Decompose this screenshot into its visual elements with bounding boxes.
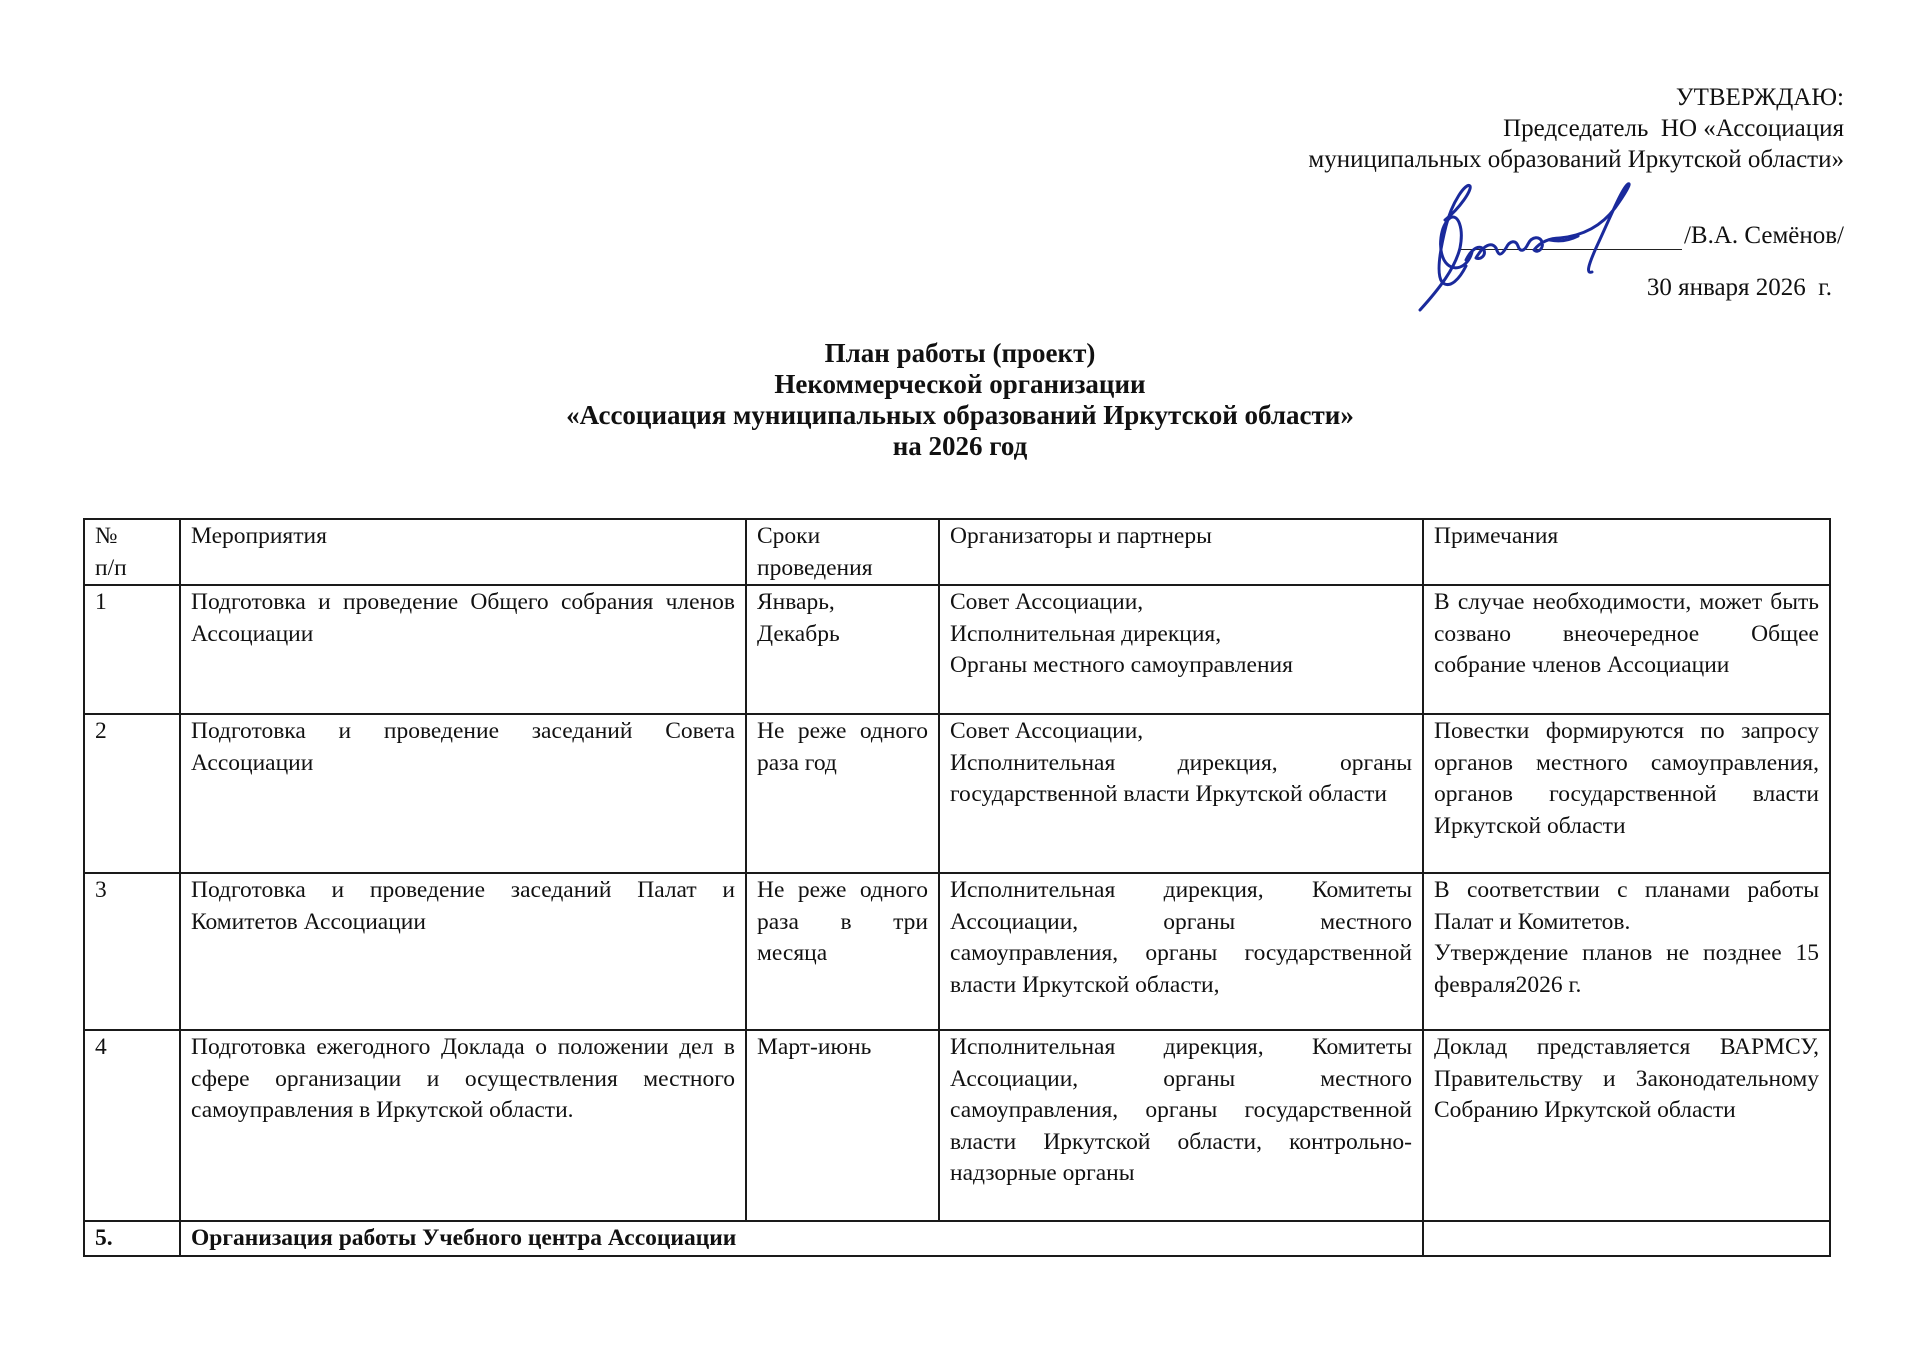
row-number: 3 [84,873,180,1030]
approval-date: 30 января 2026 г. [1647,274,1832,302]
table-row: 2 Подготовка и проведение заседаний Сове… [84,714,1830,873]
table-row: 3 Подготовка и проведение заседаний Пала… [84,873,1830,1030]
title-line1: План работы (проект) [0,338,1920,369]
row-dates: Январь, Декабрь [746,585,939,714]
row-number: 5. [84,1221,180,1256]
header-dates: Сроки проведения [746,519,939,585]
row-organizers: Совет Ассоциации, Исполнительная дирекци… [939,714,1423,873]
table-row: 1 Подготовка и проведение Общего собрани… [84,585,1830,714]
signatory-name: /В.А. Семёнов/ [1684,222,1844,250]
row-event: Подготовка и проведение заседаний Палат … [180,873,746,1030]
approval-position-line2: муниципальных образований Иркутской обла… [1144,144,1844,175]
row-notes: Повестки формируются по запросу органов … [1423,714,1830,873]
table-section-row: 5. Организация работы Учебного центра Ас… [84,1221,1830,1256]
title-line2: Некоммерческой организации [0,369,1920,400]
row-number: 2 [84,714,180,873]
approval-block: УТВЕРЖДАЮ: Председатель НО «Ассоциация м… [1144,82,1844,175]
row-dates: Март-июнь [746,1030,939,1221]
row-organizers: Совет Ассоциации, Исполнительная дирекци… [939,585,1423,714]
title-line3: «Ассоциация муниципальных образований Ир… [0,400,1920,431]
row-dates: Не реже одного раза в три месяца [746,873,939,1030]
handwritten-signature-icon [1400,178,1670,318]
approval-position-line1: Председатель НО «Ассоциация [1144,113,1844,144]
row-dates: Не реже одного раза год [746,714,939,873]
work-plan-table: № п/п Мероприятия Сроки проведения Орган… [83,518,1831,1257]
table-header-row: № п/п Мероприятия Сроки проведения Орган… [84,519,1830,585]
row-organizers: Исполнительная дирекция, Комитеты Ассоци… [939,873,1423,1030]
table-row: 4 Подготовка ежегодного Доклада о положе… [84,1030,1830,1221]
row-number: 4 [84,1030,180,1221]
row-notes: В соответствии с планами работы Палат и … [1423,873,1830,1030]
header-number: № п/п [84,519,180,585]
document-page: УТВЕРЖДАЮ: Председатель НО «Ассоциация м… [0,0,1920,1357]
row-event: Подготовка и проведение Общего собрания … [180,585,746,714]
row-notes [1423,1221,1830,1256]
row-number: 1 [84,585,180,714]
approval-heading: УТВЕРЖДАЮ: [1144,82,1844,113]
section-title: Организация работы Учебного центра Ассоц… [180,1221,1423,1256]
header-event: Мероприятия [180,519,746,585]
row-event: Подготовка ежегодного Доклада о положени… [180,1030,746,1221]
header-notes: Примечания [1423,519,1830,585]
document-title: План работы (проект) Некоммерческой орга… [0,338,1920,462]
row-notes: В случае необходимости, может быть созва… [1423,585,1830,714]
row-organizers: Исполнительная дирекция, Комитеты Ассоци… [939,1030,1423,1221]
row-event: Подготовка и проведение заседаний Совета… [180,714,746,873]
title-line4: на 2026 год [0,431,1920,462]
row-notes: Доклад представляется ВАРМСУ, Правительс… [1423,1030,1830,1221]
header-organizers: Организаторы и партнеры [939,519,1423,585]
